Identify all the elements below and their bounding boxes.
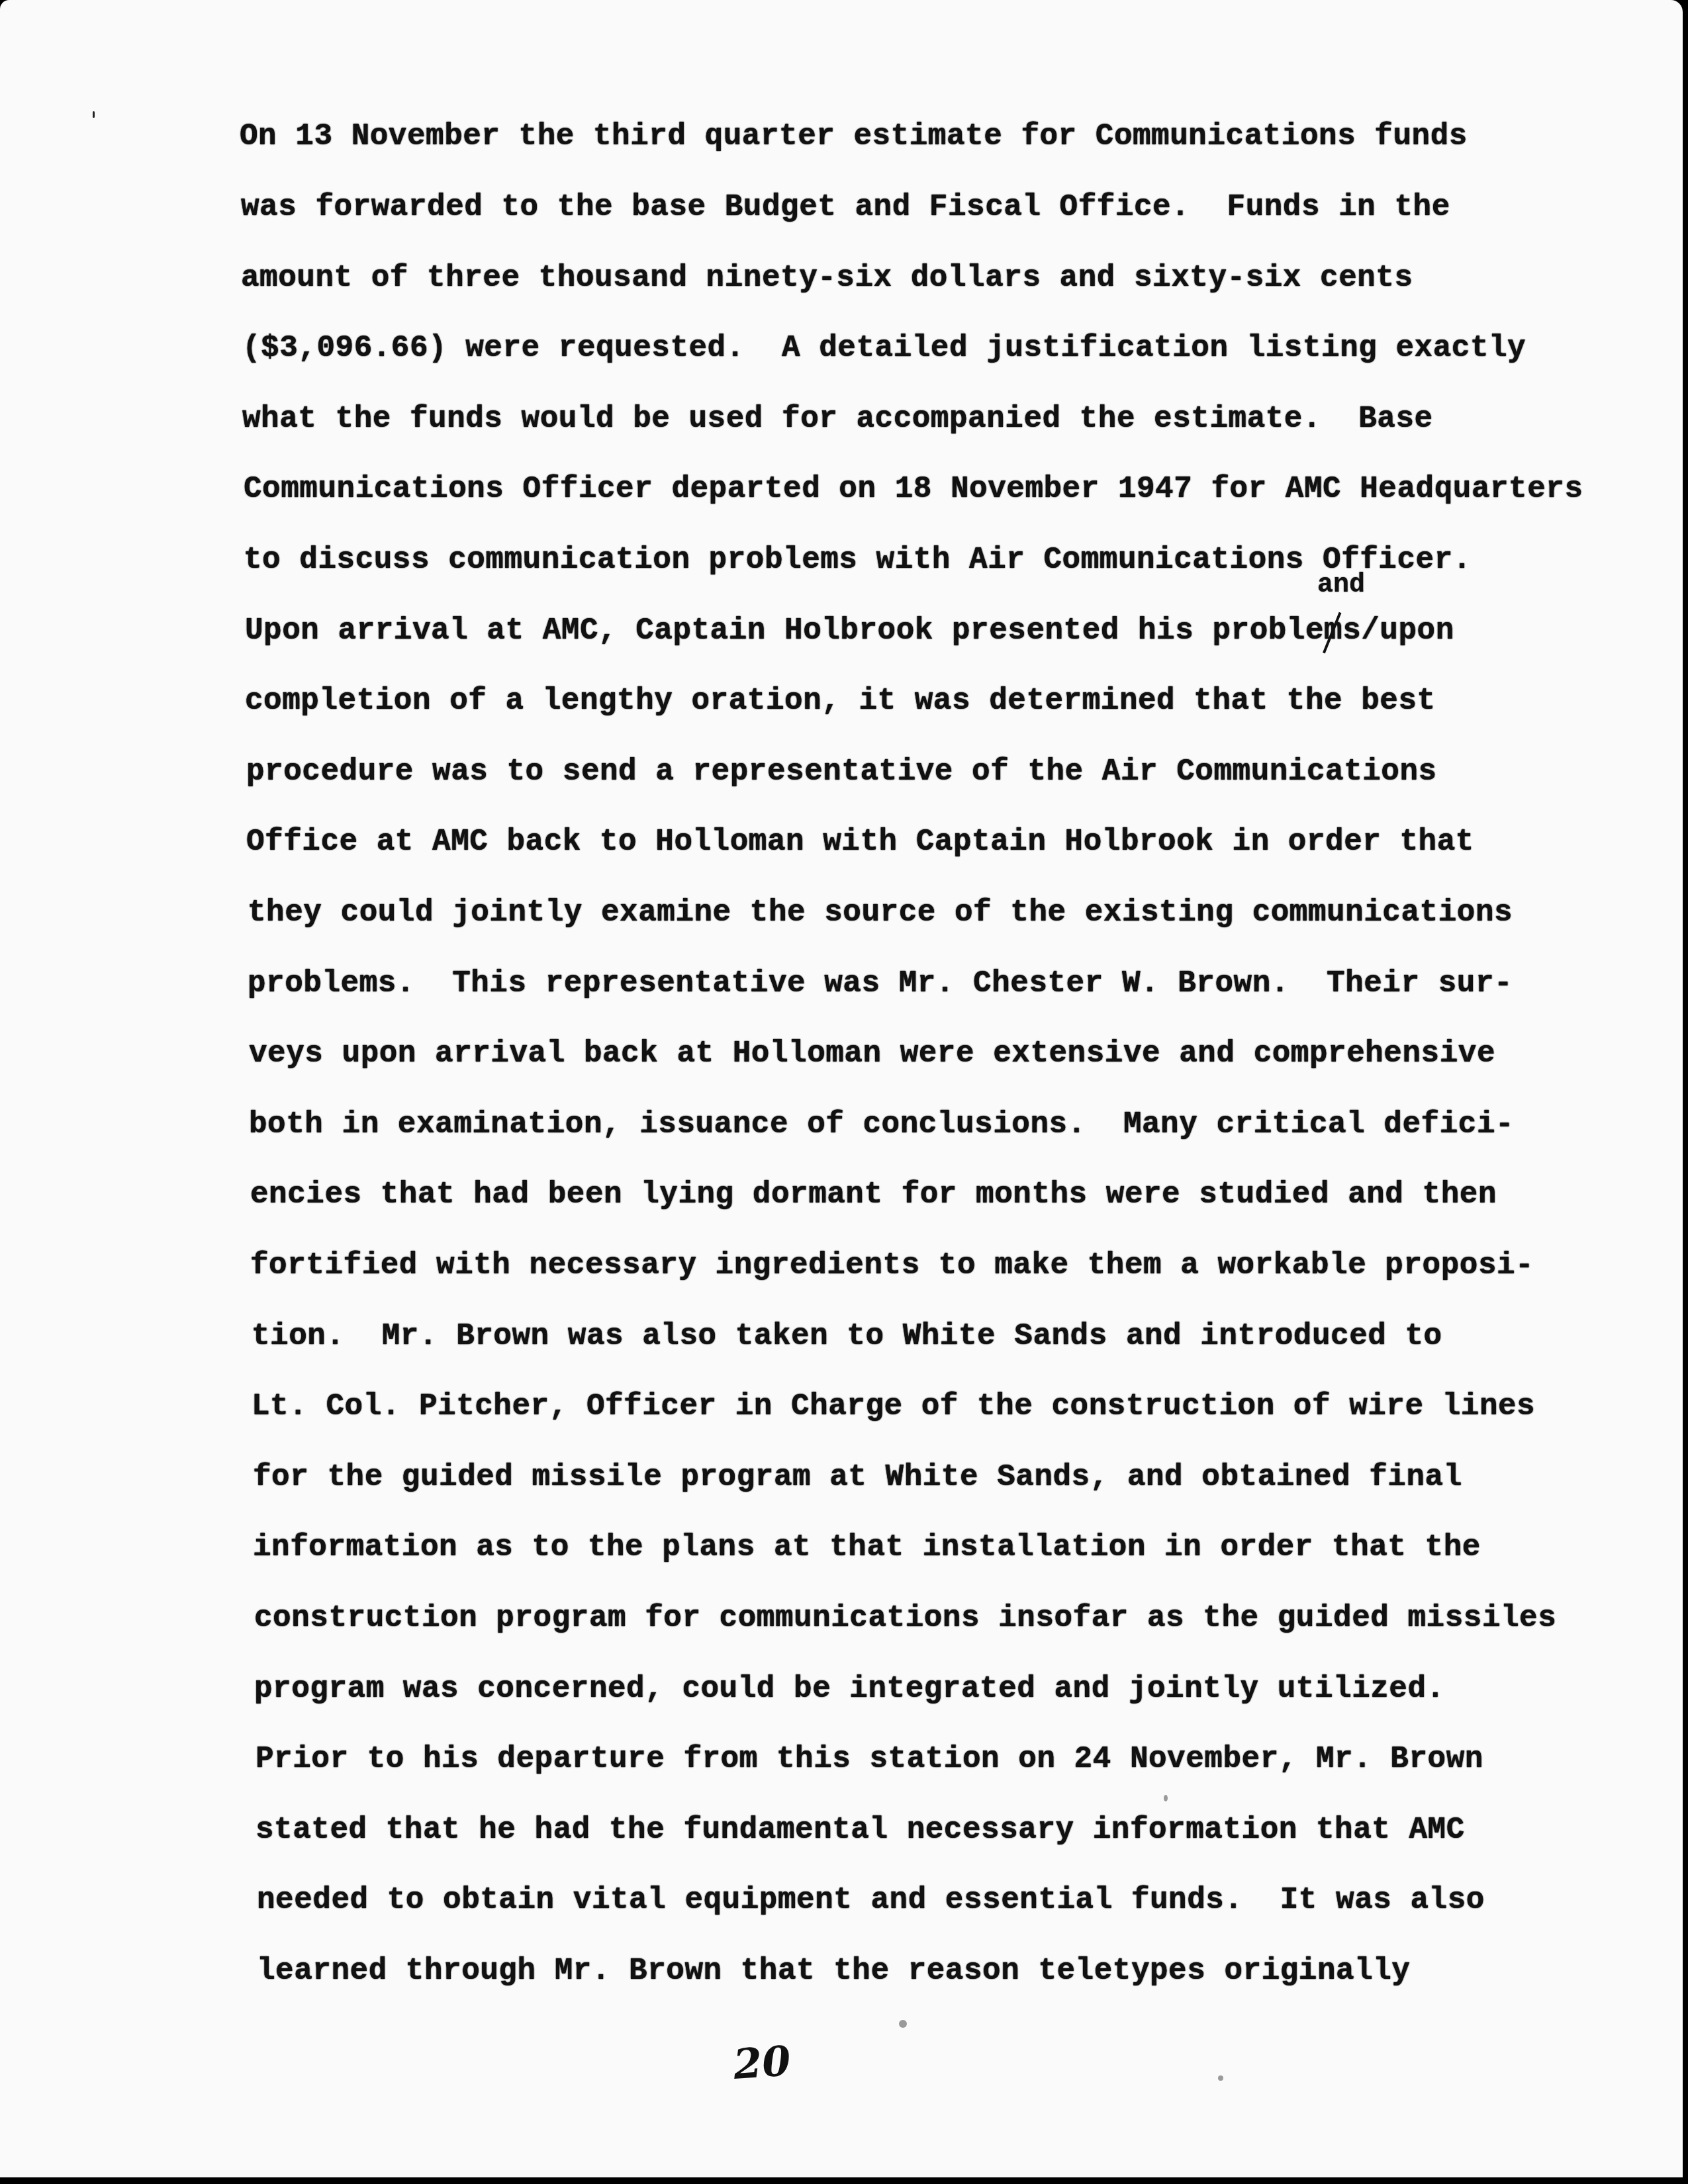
- scan-speck: [899, 2020, 907, 2028]
- text-line: for the guided missile program at White …: [253, 1459, 1462, 1496]
- text-line: Lt. Col. Pitcher, Officer in Charge of t…: [252, 1388, 1535, 1425]
- text-line: problems. This representative was Mr. Ch…: [248, 965, 1513, 1002]
- page-number: 20: [732, 2036, 792, 2089]
- text-line: completion of a lengthy oration, it was …: [245, 682, 1436, 719]
- text-line: both in examination, issuance of conclus…: [249, 1106, 1514, 1143]
- scan-border-right: [1683, 0, 1688, 2184]
- text-line: program was concerned, could be integrat…: [254, 1670, 1445, 1707]
- text-line: stated that he had the fundamental neces…: [256, 1811, 1465, 1848]
- text-line: they could jointly examine the source of…: [248, 894, 1513, 931]
- text-line: ($3,096.66) were requested. A detailed j…: [242, 330, 1526, 367]
- text-line: needed to obtain vital equipment and ess…: [257, 1882, 1485, 1919]
- text-line: On 13 November the third quarter estimat…: [240, 118, 1468, 155]
- text-line: construction program for communications …: [254, 1600, 1556, 1637]
- document-page: [0, 0, 1683, 2177]
- scan-border-bottom: [0, 2177, 1688, 2184]
- text-line: information as to the plans at that inst…: [253, 1529, 1481, 1566]
- text-line: what the funds would be used for accompa…: [242, 400, 1433, 437]
- text-line: amount of three thousand ninety-six doll…: [241, 259, 1413, 296]
- text-line: tion. Mr. Brown was also taken to White …: [252, 1318, 1442, 1355]
- text-line: Upon arrival at AMC, Captain Holbrook pr…: [245, 612, 1454, 649]
- text-line: to discuss communication problems with A…: [244, 541, 1472, 578]
- text-line: fortified with necessary ingredients to …: [250, 1247, 1534, 1284]
- text-line: encies that had been lying dormant for m…: [250, 1176, 1497, 1213]
- text-line: Office at AMC back to Holloman with Capt…: [246, 823, 1474, 860]
- scan-speck: [1164, 1795, 1168, 1801]
- text-line: procedure was to send a representative o…: [246, 753, 1437, 790]
- interlinear-insertion: and: [1317, 570, 1365, 600]
- text-line: Prior to his departure from this station…: [256, 1741, 1483, 1778]
- scan-speck: [1218, 2075, 1223, 2081]
- text-line: veys upon arrival back at Holloman were …: [249, 1035, 1495, 1072]
- text-line: learned through Mr. Brown that the reaso…: [257, 1952, 1410, 1989]
- text-line: was forwarded to the base Budget and Fis…: [241, 189, 1450, 226]
- stray-mark: [93, 111, 95, 118]
- text-line: Communications Officer departed on 18 No…: [244, 471, 1583, 508]
